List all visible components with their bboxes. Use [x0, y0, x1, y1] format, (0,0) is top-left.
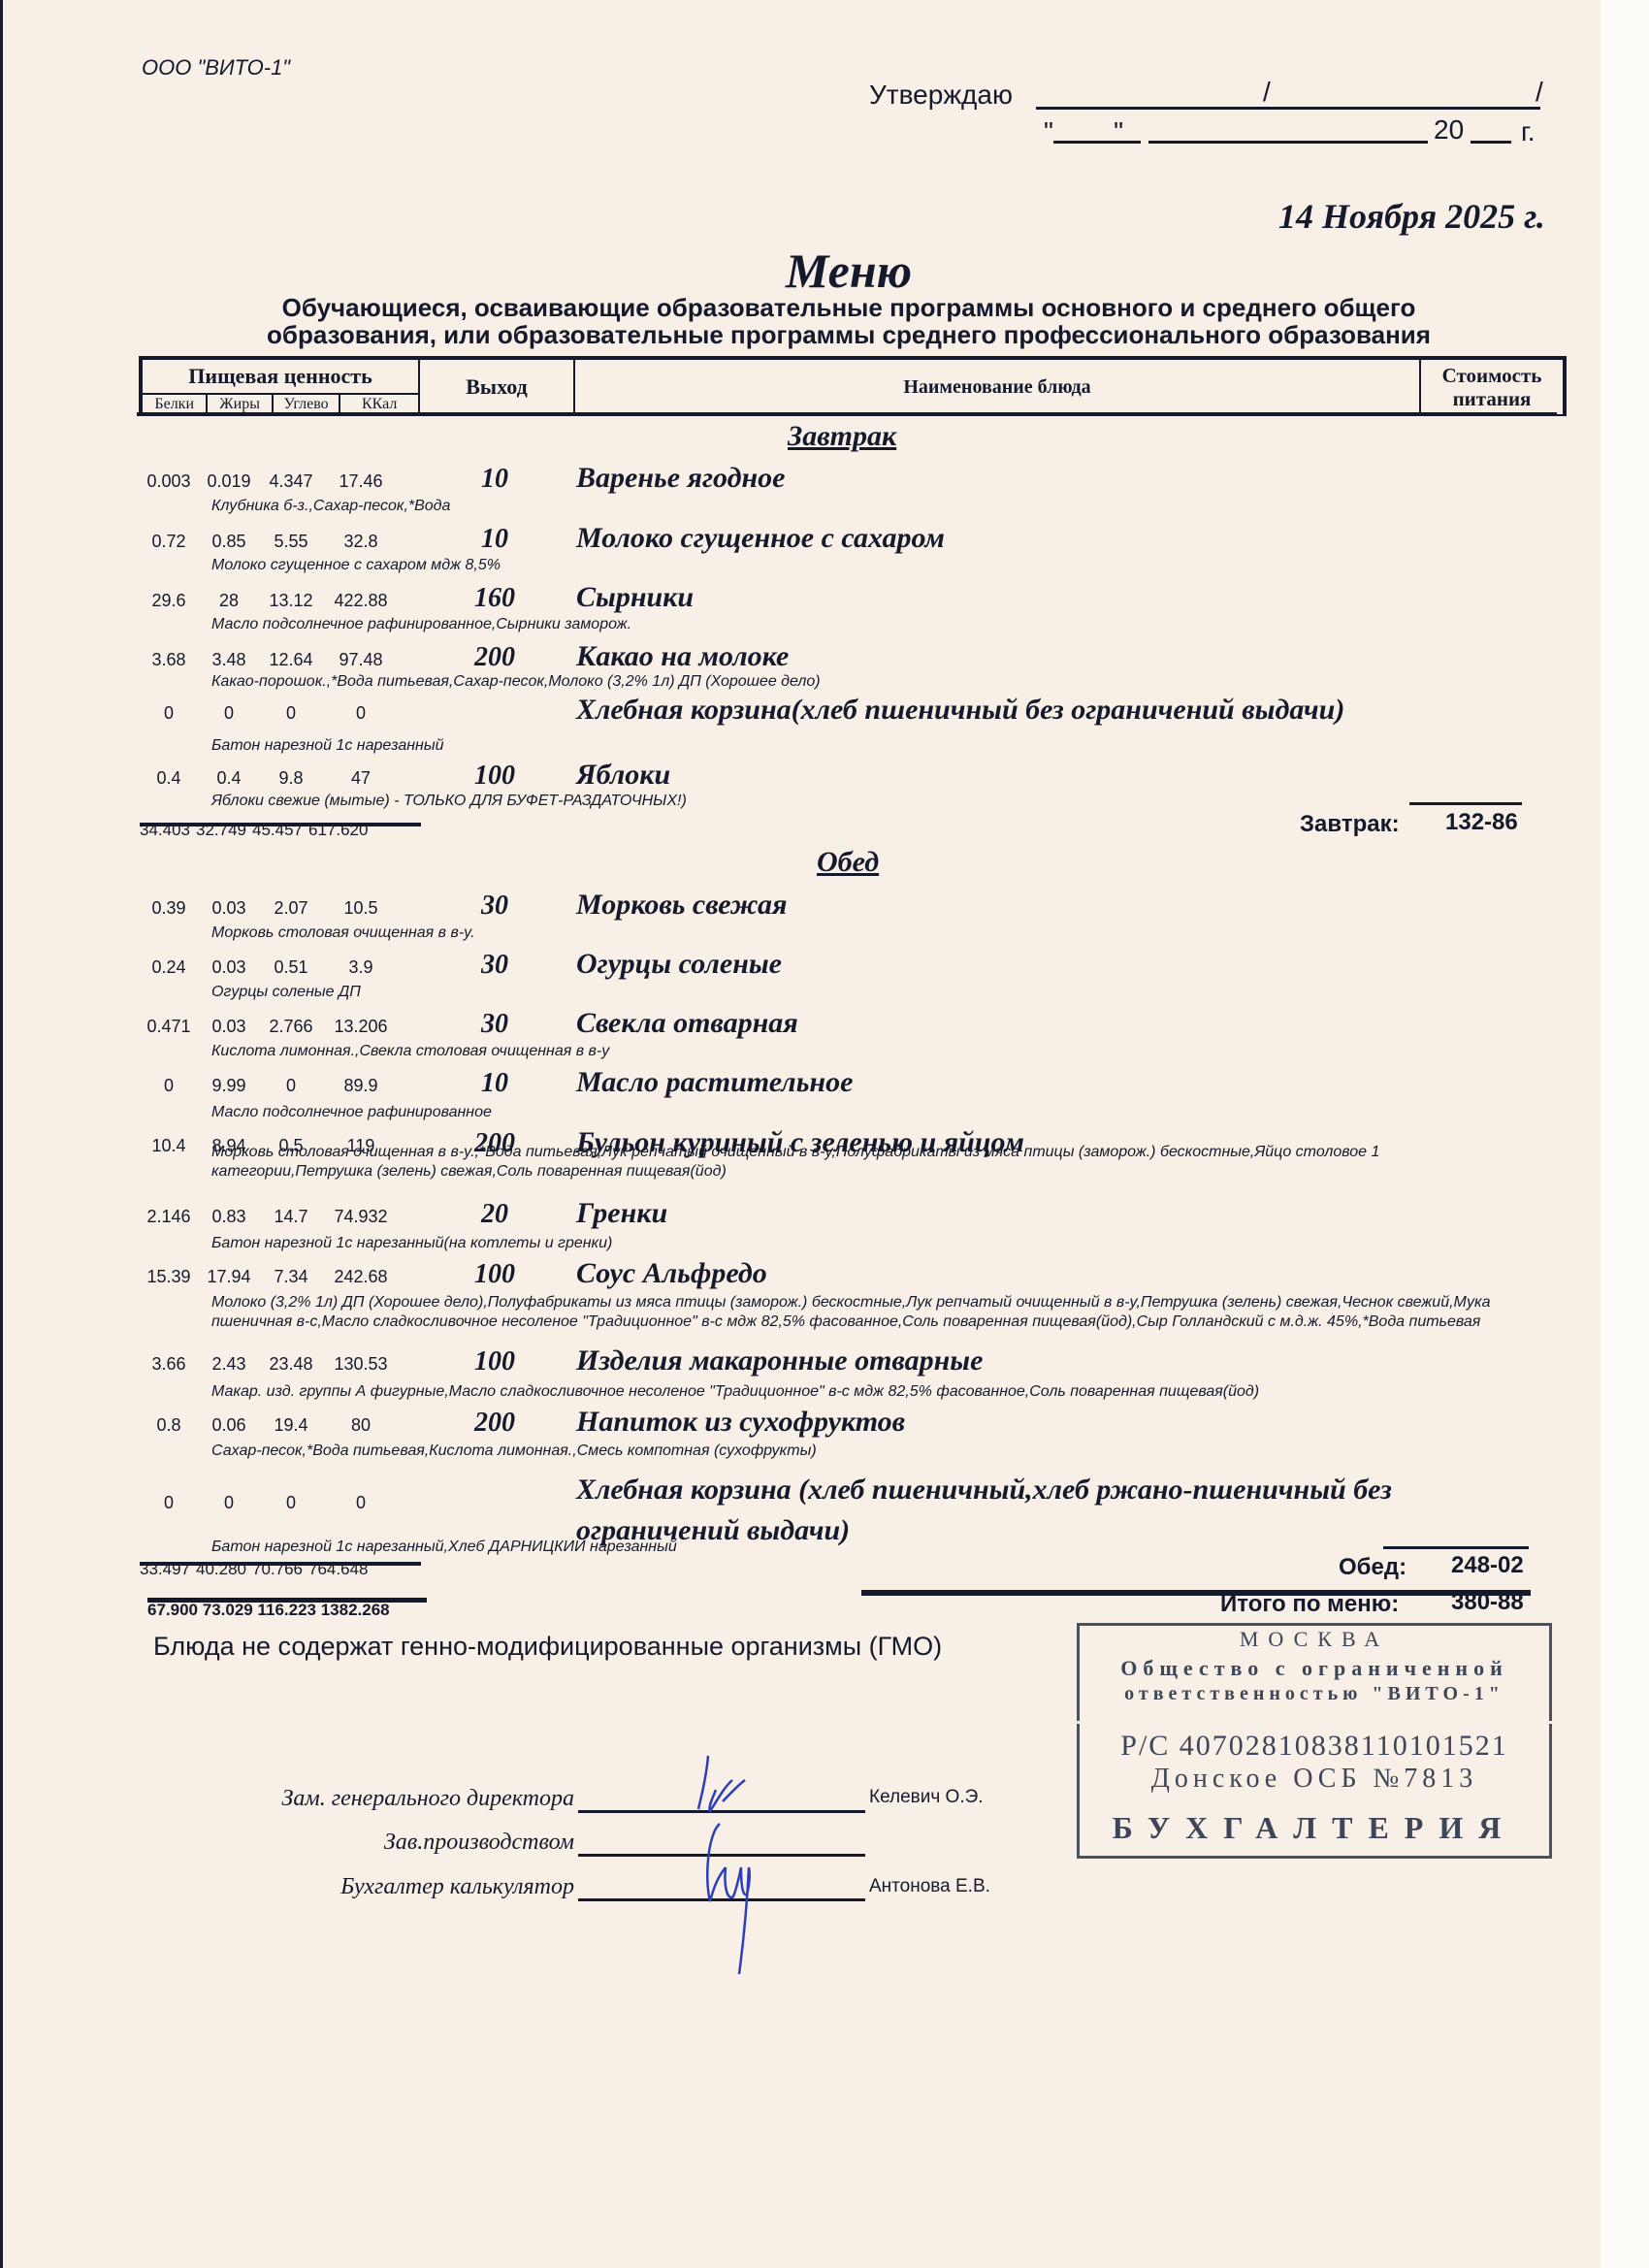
approve-signature-line [1036, 107, 1540, 110]
organization-name: ООО "ВИТО-1" [142, 55, 290, 81]
section-total-carbs: 45.457 [252, 821, 303, 839]
nutrition-carbs: 9.8 [262, 768, 320, 789]
stamp-department: БУХГАЛТЕРИЯ [1077, 1810, 1552, 1846]
nutrition-proteins: 3.66 [140, 1354, 198, 1375]
section-cost-rule [1383, 1546, 1529, 1549]
nutrition-proteins: 0.39 [140, 898, 198, 919]
nutrition-proteins: 0.471 [140, 1017, 198, 1037]
approve-year-suffix: г. [1521, 116, 1536, 147]
dish-ingredients: Масло подсолнечное рафинированное [211, 1103, 1540, 1122]
stamp-account: Р/С 40702810838110101521 [1077, 1730, 1552, 1763]
grand-total-label: Итого по меню: [1220, 1591, 1399, 1618]
signature-name-accountant: Антонова Е.В. [869, 1876, 990, 1897]
section-total-nutrition: 34.40332.74945.457617.620 [140, 821, 373, 840]
dish-ingredients: Батон нарезной 1с нарезанный [211, 736, 1540, 756]
nutrition-carbs: 12.64 [262, 650, 320, 670]
nutrition-carbs: 2.766 [262, 1017, 320, 1037]
nutrition-carbs: 7.34 [262, 1267, 320, 1287]
dish-ingredients: Огурцы соленые ДП [211, 983, 1540, 1002]
section-heading: Завтрак [788, 420, 896, 453]
dish-yield: 100 [446, 1259, 543, 1290]
nutrition-carbs: 0 [262, 1493, 320, 1513]
dish-yield: 100 [446, 761, 543, 792]
nutrition-fats: 0.03 [200, 957, 258, 978]
dish-name: Изделия макаронные отварные [576, 1345, 983, 1377]
approve-year-line [1471, 141, 1511, 144]
grand-total-carbs: 116.223 [257, 1601, 316, 1619]
company-stamp: МОСКВА Общество с ограниченной ответстве… [1077, 1623, 1552, 1862]
signature-role-production-head: Зав.производством [225, 1830, 574, 1856]
section-heading: Обед [817, 846, 879, 879]
page-title: Меню [0, 243, 1649, 299]
nutrition-fats: 9.99 [200, 1076, 258, 1096]
dish-ingredients: Молоко сгущенное с сахаром мдж 8,5% [211, 556, 1540, 575]
nutrition-kcal: 242.68 [324, 1267, 398, 1287]
nutrition-fats: 0.4 [200, 768, 258, 789]
section-cost: 132-86 [1445, 809, 1518, 836]
dish-name: Сырники [576, 581, 694, 614]
dish-yield: 10 [446, 464, 543, 495]
section-cost: 248-02 [1451, 1552, 1524, 1579]
section-total-proteins: 34.403 [140, 821, 190, 839]
approve-day-line [1053, 141, 1141, 144]
nutrition-proteins: 15.39 [140, 1267, 198, 1287]
grand-total-fats: 73.029 [203, 1601, 253, 1619]
section-cost-label: Завтрак: [1300, 811, 1400, 838]
nutrition-carbs: 2.07 [262, 898, 320, 919]
dish-name: Морковь свежая [576, 889, 787, 922]
nutrition-fats: 0.019 [200, 471, 258, 492]
nutrition-fats: 0 [200, 1493, 258, 1513]
nutrition-fats: 0.03 [200, 898, 258, 919]
nutrition-proteins: 0 [140, 1493, 198, 1513]
nutrition-carbs: 19.4 [262, 1415, 320, 1436]
nutrition-kcal: 97.48 [324, 650, 398, 670]
scan-edge-right [1600, 0, 1649, 2268]
nutrition-kcal: 10.5 [324, 898, 398, 919]
section-cost-label: Обед: [1339, 1554, 1406, 1581]
nutrition-fats: 2.43 [200, 1354, 258, 1375]
dish-yield: 10 [446, 524, 543, 555]
nutrition-kcal: 17.46 [324, 471, 398, 492]
menu-date: 14 Ноября 2025 г. [1278, 196, 1545, 237]
dish-ingredients: Клубника б-з.,Сахар-песок,*Вода [211, 497, 1540, 516]
nutrition-kcal: 32.8 [324, 532, 398, 552]
dish-yield: 160 [446, 583, 543, 614]
section-total-proteins: 33.497 [140, 1560, 190, 1578]
cost-header: Стоимость питания [1420, 358, 1565, 415]
nutrition-kcal: 130.53 [324, 1354, 398, 1375]
grand-total-nutrition: 67.900 73.029 116.223 1382.268 [147, 1601, 390, 1620]
nutrition-fats: 0.85 [200, 532, 258, 552]
nutrition-kcal: 422.88 [324, 591, 398, 611]
dish-name: Масло растительное [576, 1066, 853, 1099]
nutrition-fats: 0.03 [200, 1017, 258, 1037]
section-cost-rule [1409, 802, 1522, 805]
dish-name: Соус Альфредо [576, 1257, 767, 1290]
approve-slash: / [1263, 77, 1271, 108]
nutrition-proteins: 0 [140, 1076, 198, 1096]
dish-yield: 20 [446, 1199, 543, 1230]
section-total-nutrition: 33.49740.28070.766764.648 [140, 1560, 373, 1579]
dish-yield: 10 [446, 1068, 543, 1099]
dish-ingredients: Яблоки свежие (мытые) - ТОЛЬКО ДЛЯ БУФЕТ… [211, 792, 1540, 811]
grand-total-proteins: 67.900 [147, 1601, 198, 1619]
dish-name: Варенье ягодное [576, 462, 786, 495]
approve-month-line [1148, 141, 1428, 144]
nutrition-proteins: 2.146 [140, 1207, 198, 1227]
page-subtitle: Обучающиеся, осваивающие образовательные… [204, 294, 1494, 348]
dish-ingredients: Макар. изд. группы А фигурные,Масло слад… [211, 1382, 1540, 1402]
signature-name-deputy-director: Келевич О.Э. [869, 1787, 984, 1808]
dish-yield: 100 [446, 1346, 543, 1377]
nutrition-carbs: 0.51 [262, 957, 320, 978]
dish-yield: 200 [446, 1408, 543, 1439]
dish-ingredients: Морковь столовая очищенная в в-у.,*Вода … [211, 1143, 1540, 1182]
approve-year-prefix: 20 [1434, 114, 1464, 146]
nutrition-carbs: 0 [262, 1076, 320, 1096]
nutrition-carbs: 4.347 [262, 471, 320, 492]
approve-slash: / [1536, 77, 1543, 108]
dish-name: Напиток из сухофруктов [576, 1406, 905, 1439]
grand-total-kcal: 1382.268 [321, 1601, 390, 1619]
nutrition-carbs: 13.12 [262, 591, 320, 611]
table-header-bottom-border [137, 412, 1557, 416]
nutrition-kcal: 3.9 [324, 957, 398, 978]
nutrition-kcal: 0 [324, 703, 398, 724]
dish-ingredients: Морковь столовая очищенная в в-у. [211, 923, 1540, 943]
nutrition-fats: 3.48 [200, 650, 258, 670]
nutrition-carbs: 5.55 [262, 532, 320, 552]
stamp-line2: ответственностью "ВИТО-1" [1077, 1683, 1552, 1705]
dish-name: Гренки [576, 1197, 667, 1230]
stamp-line1: Общество с ограниченной [1077, 1656, 1552, 1681]
nutrition-fats: 0.06 [200, 1415, 258, 1436]
stamp-city: МОСКВА [1077, 1627, 1552, 1652]
section-total-kcal: 764.648 [308, 1560, 368, 1578]
gmo-note: Блюда не содержат генно-модифицированные… [153, 1632, 942, 1662]
dish-yield: 30 [446, 950, 543, 981]
nutrition-proteins: 29.6 [140, 591, 198, 611]
grand-total-cost: 380-88 [1451, 1589, 1524, 1616]
nutrition-kcal: 13.206 [324, 1017, 398, 1037]
handwritten-signature-icon [679, 1741, 805, 1993]
nutrition-kcal: 80 [324, 1415, 398, 1436]
section-total-fats: 40.280 [196, 1560, 246, 1578]
approve-label: Утверждаю [869, 80, 1013, 111]
dish-name: Свекла отварная [576, 1007, 798, 1040]
yield-header: Выход [419, 358, 574, 415]
nutrition-kcal: 74.932 [324, 1207, 398, 1227]
grand-total-cost-rule [861, 1590, 1531, 1596]
nutrition-carbs: 23.48 [262, 1354, 320, 1375]
dish-yield: 30 [446, 1009, 543, 1040]
signature-role-deputy-director: Зам. генерального директора [225, 1786, 574, 1812]
nutrition-fats: 0 [200, 703, 258, 724]
dish-name: Какао на молоке [576, 640, 789, 673]
section-total-kcal: 617.620 [308, 821, 368, 839]
nutrition-kcal: 89.9 [324, 1076, 398, 1096]
dish-name: Молоко сгущенное с сахаром [576, 522, 945, 555]
nutrition-kcal: 0 [324, 1493, 398, 1513]
dish-ingredients: Сахар-песок,*Вода питьевая,Кислота лимон… [211, 1442, 1540, 1461]
nutrition-kcal: 47 [324, 768, 398, 789]
dish-name: Хлебная корзина(хлеб пшеничный без огран… [576, 694, 1344, 727]
dish-name-header: Наименование блюда [574, 358, 1420, 415]
nutrition-proteins: 0 [140, 703, 198, 724]
nutrition-fats: 28 [200, 591, 258, 611]
dish-ingredients: Какао-порошок.,*Вода питьевая,Сахар-песо… [211, 672, 1540, 692]
nutrition-proteins: 0.24 [140, 957, 198, 978]
section-total-fats: 32.749 [196, 821, 246, 839]
nutrition-proteins: 0.4 [140, 768, 198, 789]
dish-name: Огурцы соленые [576, 948, 782, 981]
signature-role-accountant: Бухгалтер калькулятор [225, 1874, 574, 1900]
menu-table-header: Пищевая ценность Выход Наименование блюд… [139, 356, 1567, 416]
nutrition-proteins: 0.003 [140, 471, 198, 492]
dish-name: Яблоки [576, 759, 670, 792]
dish-ingredients: Кислота лимонная.,Свекла столовая очищен… [211, 1042, 1540, 1061]
nutrition-proteins: 0.72 [140, 532, 198, 552]
dish-ingredients: Молоко (3,2% 1л) ДП (Хорошее дело),Полуф… [211, 1293, 1540, 1332]
nutrition-proteins: 0.8 [140, 1415, 198, 1436]
section-total-carbs: 70.766 [252, 1560, 303, 1578]
nutrition-fats: 0.83 [200, 1207, 258, 1227]
nutrition-carbs: 14.7 [262, 1207, 320, 1227]
dish-ingredients: Батон нарезной 1с нарезанный(на котлеты … [211, 1234, 1540, 1253]
stamp-bank: Донское ОСБ №7813 [1077, 1764, 1552, 1795]
nutrition-proteins: 10.4 [140, 1136, 198, 1156]
nutrition-fats: 17.94 [200, 1267, 258, 1287]
nutrition-proteins: 3.68 [140, 650, 198, 670]
scan-edge-left [0, 0, 3, 2268]
dish-ingredients: Масло подсолнечное рафинированное,Сырник… [211, 615, 1540, 634]
nutrition-carbs: 0 [262, 703, 320, 724]
dish-yield: 30 [446, 891, 543, 922]
nutrition-header: Пищевая ценность [141, 358, 419, 394]
dish-yield: 200 [446, 642, 543, 673]
